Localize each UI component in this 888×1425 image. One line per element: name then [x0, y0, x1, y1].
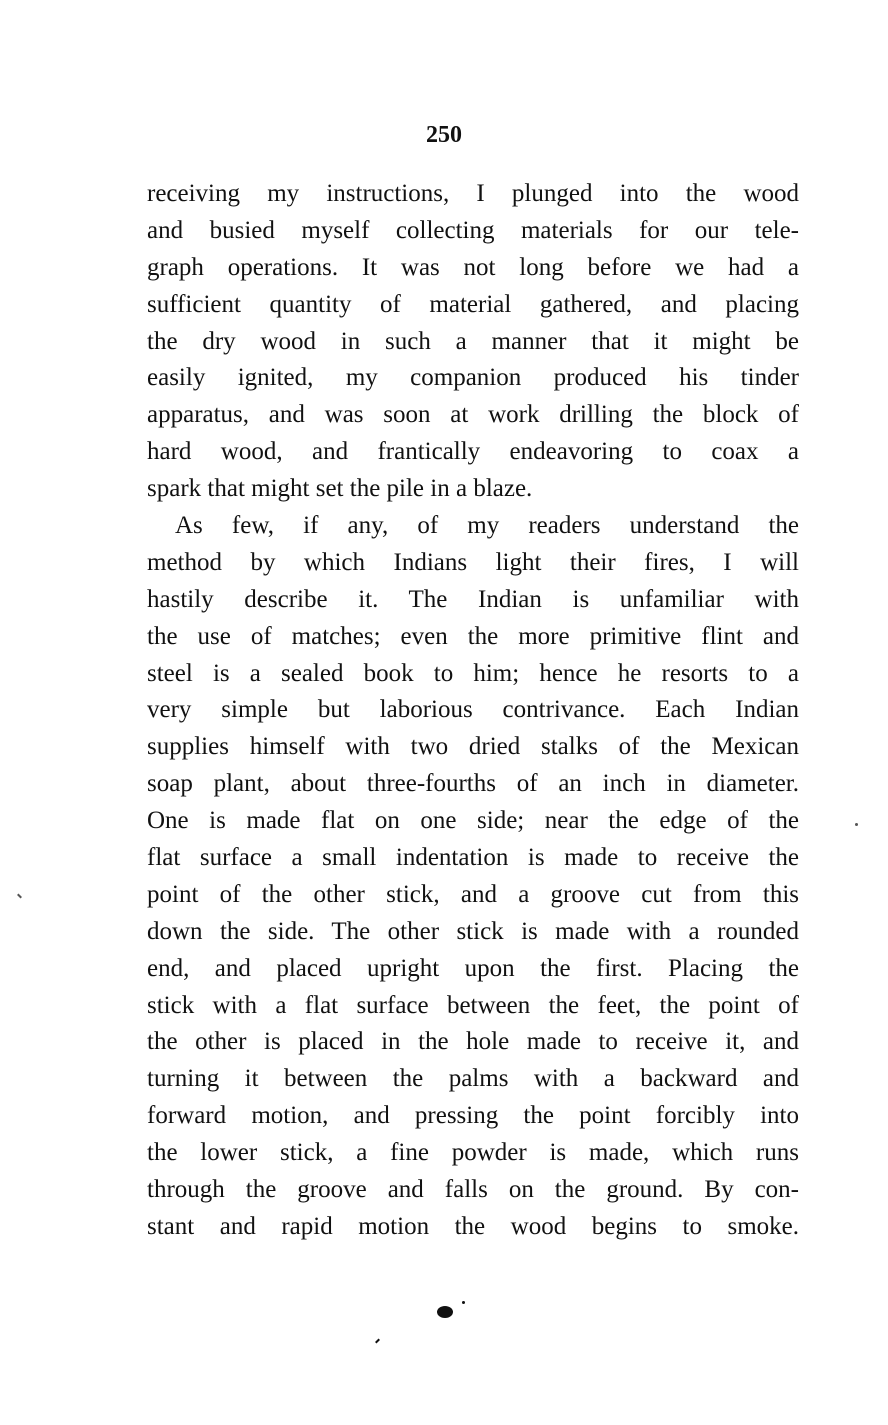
ink-mark-icon: [375, 1339, 380, 1344]
ink-blot-icon: [437, 1306, 453, 1318]
text-line: hard wood, and frantically endeavoring t…: [147, 434, 799, 471]
text-line: One is made flat on one side; near the e…: [147, 803, 799, 840]
text-line: turning it between the palms with a back…: [147, 1061, 799, 1098]
text-line: point of the other stick, and a groove c…: [147, 877, 799, 914]
text-line: and busied myself collecting materials f…: [147, 213, 799, 250]
text-line: the dry wood in such a manner that it mi…: [147, 324, 799, 361]
paragraph-end-line: spark that might set the pile in a blaze…: [147, 471, 799, 508]
text-line: forward motion, and pressing the point f…: [147, 1098, 799, 1135]
text-line: sufficient quantity of material gathered…: [147, 287, 799, 324]
paragraph-start-line: As few, if any, of my readers understand…: [147, 508, 799, 545]
page-number: 250: [0, 122, 888, 149]
margin-mark-icon: [17, 894, 22, 899]
margin-speck-icon: [855, 823, 858, 826]
text-line: stick with a flat surface between the fe…: [147, 988, 799, 1025]
text-line: the lower stick, a fine powder is made, …: [147, 1135, 799, 1172]
text-line: very simple but laborious contrivance. E…: [147, 692, 799, 729]
text-line: method by which Indians light their fire…: [147, 545, 799, 582]
text-line: steel is a sealed book to him; hence he …: [147, 656, 799, 693]
text-line: hastily describe it. The Indian is unfam…: [147, 582, 799, 619]
text-line: receiving my instructions, I plunged int…: [147, 176, 799, 213]
text-line: end, and placed upright upon the first. …: [147, 951, 799, 988]
book-page: 250 receiving my instructions, I plunged…: [0, 0, 888, 1425]
text-line: graph operations. It was not long before…: [147, 250, 799, 287]
text-line: through the groove and falls on the grou…: [147, 1172, 799, 1209]
ink-speck-icon: [462, 1301, 465, 1304]
text-line: easily ignited, my companion produced hi…: [147, 360, 799, 397]
text-line: the use of matches; even the more primit…: [147, 619, 799, 656]
text-line: flat surface a small indentation is made…: [147, 840, 799, 877]
body-text: receiving my instructions, I plunged int…: [147, 176, 799, 1246]
text-line: apparatus, and was soon at work drilling…: [147, 397, 799, 434]
text-line: down the side. The other stick is made w…: [147, 914, 799, 951]
text-line: supplies himself with two dried stalks o…: [147, 729, 799, 766]
text-line: stant and rapid motion the wood begins t…: [147, 1209, 799, 1246]
text-line: soap plant, about three-fourths of an in…: [147, 766, 799, 803]
text-line: the other is placed in the hole made to …: [147, 1024, 799, 1061]
